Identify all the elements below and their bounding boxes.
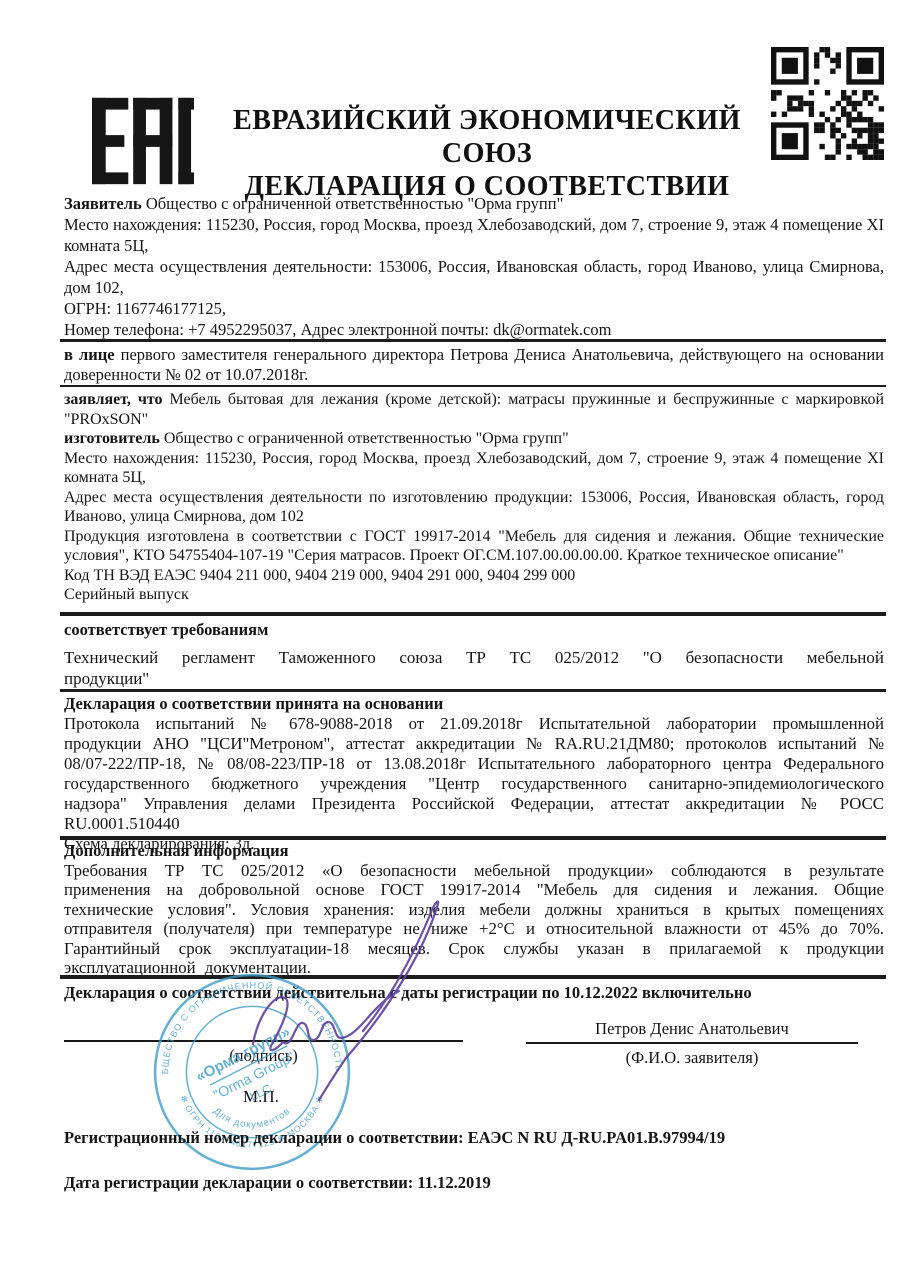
- registration-number: Регистрационный номер декларации о соотв…: [64, 1128, 884, 1148]
- additional-info-section: Дополнительная информация Требования ТР …: [64, 841, 884, 978]
- product-section: заявляет, что Мебель бытовая для лежания…: [64, 390, 884, 605]
- person-label: в лице: [64, 345, 115, 364]
- title-line-union: ЕВРАЗИЙСКИЙ ЭКОНОМИЧЕСКИЙ СОЮЗ: [198, 104, 776, 170]
- svg-text:Для документов: Для документов: [211, 1106, 293, 1131]
- product-gost: Продукция изготовлена в соответствии с Г…: [64, 527, 884, 566]
- registration-date: Дата регистрации декларации о соответств…: [64, 1173, 884, 1193]
- basis-section: Декларация о соответствии принята на осн…: [64, 694, 884, 854]
- applicant-activity-address: Адрес места осуществления деятельности: …: [64, 256, 884, 298]
- conforms-regulation: Технический регламент Таможенного союза …: [64, 647, 884, 689]
- applicant-label: Заявитель: [64, 194, 142, 213]
- applicant-section: Заявитель Общество с ограниченной ответс…: [64, 193, 884, 340]
- eac-logo-icon: [92, 97, 194, 185]
- applicant-ogrn: ОГРН: 1167746177125,: [64, 298, 884, 319]
- declaration-document: ЕВРАЗИЙСКИЙ ЭКОНОМИЧЕСКИЙ СОЮЗ ДЕКЛАРАЦИ…: [0, 0, 900, 1280]
- divider: [60, 385, 886, 387]
- additional-info-text: Требования ТР ТС 025/2012 «О безопасност…: [64, 861, 884, 978]
- serial-release: Серийный выпуск: [64, 585, 884, 605]
- divider: [60, 689, 886, 692]
- divider: [60, 836, 886, 840]
- applicant-contacts: Номер телефона: +7 4952295037, Адрес эле…: [64, 319, 884, 340]
- basis-header: Декларация о соответствии принята на осн…: [64, 694, 884, 714]
- stamp-inner-bottom-text: Для документов: [211, 1106, 293, 1131]
- product-description: Мебель бытовая для лежания (кроме детско…: [64, 391, 884, 428]
- applicant-name: Общество с ограниченной ответственностью…: [142, 194, 564, 213]
- applicant-address: Место нахождения: 115230, Россия, город …: [64, 214, 884, 256]
- declarant-caption: (Ф.И.О. заявителя): [526, 1048, 858, 1068]
- basis-protocols: Протокола испытаний № 678-9088-2018 от 2…: [64, 714, 884, 834]
- person-text: первого заместителя генерального директо…: [64, 345, 884, 384]
- person-section: в лице первого заместителя генерального …: [64, 345, 884, 385]
- conforms-header: соответствует требованиям: [64, 619, 884, 640]
- divider: [60, 612, 886, 616]
- declarant-name-line: [526, 1042, 858, 1044]
- maker-label: изготовитель: [64, 430, 160, 447]
- conforms-section: соответствует требованиям Технический ре…: [64, 619, 884, 689]
- maker-name: Общество с ограниченной ответственностью…: [160, 430, 569, 447]
- declarant-name: Петров Денис Анатольевич: [526, 1019, 858, 1039]
- product-tnved-codes: Код ТН ВЭД ЕАЭС 9404 211 000, 9404 219 0…: [64, 566, 884, 586]
- document-title: ЕВРАЗИЙСКИЙ ЭКОНОМИЧЕСКИЙ СОЮЗ ДЕКЛАРАЦИ…: [198, 104, 776, 203]
- maker-activity-address: Адрес места осуществления деятельности п…: [64, 488, 884, 527]
- maker-address: Место нахождения: 115230, Россия, город …: [64, 449, 884, 488]
- declares-label: заявляет, что: [64, 391, 163, 408]
- divider: [60, 339, 886, 342]
- additional-info-header: Дополнительная информация: [64, 841, 884, 861]
- qr-code: [771, 47, 884, 160]
